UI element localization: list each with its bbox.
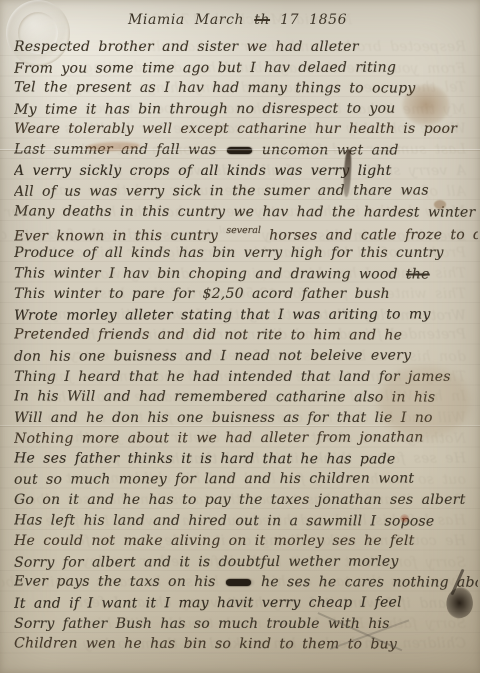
text-segment: Ever known in this cuntry	[14, 228, 226, 244]
text-segment: Weare tolerably well except catharine hu…	[14, 121, 457, 137]
ink-blot	[227, 146, 252, 153]
letter-line: My time it has bin through no disrespect…	[14, 98, 478, 120]
letter-line: This winter to pare for $2,50 acord fath…	[14, 284, 478, 305]
text-segment: A verry sickly crops of all kinds was ve…	[14, 163, 391, 179]
letter-line: Sorry for albert and it is doubtful weth…	[14, 551, 478, 573]
text-segment: Last summer and fall was	[14, 141, 225, 158]
text-segment: Many deaths in this cuntry we hav had th…	[14, 203, 475, 220]
text-segment: This winter to pare for $2,50 acord fath…	[14, 286, 390, 302]
text-segment: Thing I heard that he had intended that …	[14, 369, 451, 385]
text-segment: He could not make aliving on it morley s…	[14, 533, 415, 549]
letter-line: Pretended friends and did not rite to hi…	[14, 325, 478, 347]
ink-blot	[226, 579, 251, 586]
letter-line: out so much money for land and his child…	[14, 469, 478, 491]
text-segment: Has left his land and hired out in a saw…	[14, 512, 434, 529]
letter-line: don his one buisness and I nead not bele…	[14, 345, 478, 367]
letter-line: Will and he don his one buisness as for …	[14, 408, 478, 429]
letter-line: He ses father thinks it is hard that he …	[14, 448, 478, 470]
letter-line: Has left his land and hired out in a saw…	[14, 510, 478, 532]
text-segment: Respected brother and sister we had alle…	[14, 39, 359, 55]
text-segment: 17 1856	[270, 12, 347, 28]
letter-line: All of us was verry sick in the sumer an…	[14, 180, 478, 202]
text-segment: Children wen he has bin so kind to them …	[14, 636, 397, 653]
letter-body: Respected brother and sister we had alle…	[14, 37, 478, 655]
letter-line: Produce of all kinds has bin verry high …	[14, 243, 478, 264]
letter-line: Thing I heard that he had intended that …	[14, 367, 478, 388]
letter-line: Ever pays the taxs on his he ses he care…	[14, 572, 478, 594]
text-segment: Sorry for albert and it is doubtful weth…	[14, 553, 399, 570]
struck-text: th	[254, 12, 270, 28]
dateline: Miamia March th 17 1856	[128, 12, 347, 28]
text-segment: From you some time ago but I hav delaed …	[14, 59, 396, 76]
letter-page: Miamia March th 17 1856Respected brother…	[0, 0, 480, 673]
letter-line: Nothing more about it we had alleter fro…	[14, 428, 478, 450]
inserted-word: several	[226, 225, 261, 236]
text-segment: out so much money for land and his child…	[14, 471, 414, 488]
text-segment: Produce of all kinds has bin verry high …	[14, 245, 444, 261]
text-segment: Ever pays the taxs on his	[14, 574, 224, 591]
text-segment: Go on it and he has to pay the taxes jon…	[14, 492, 465, 508]
text-segment: don his one buisness and I nead not bele…	[14, 347, 411, 364]
text-segment: All of us was verry sick in the sumer an…	[14, 183, 429, 200]
letter-line: Go on it and he has to pay the taxes jon…	[14, 490, 478, 511]
letter-line: He could not make aliving on it morley s…	[14, 531, 478, 552]
text-segment: horses and catle froze to death	[261, 227, 478, 244]
text-segment: uncomon wet and	[253, 142, 398, 158]
text-segment: My time it has bin through no disrespect…	[14, 100, 395, 117]
text-segment: he ses he cares nothing about	[253, 574, 478, 591]
letter-line: This winter I hav bin choping and drawin…	[14, 263, 478, 285]
text-segment: This winter I hav bin choping and drawin…	[14, 265, 406, 282]
letter-line: Last summer and fall was uncomon wet and	[14, 139, 478, 161]
letter-line: Children wen he has bin so kind to them …	[14, 634, 478, 656]
letter-line: Ever known in this cuntry several horses…	[14, 222, 478, 244]
struck-text: the	[406, 266, 430, 282]
letter-line: Weare tolerably well except catharine hu…	[14, 119, 478, 140]
text-segment: He ses father thinks it is hard that he …	[14, 450, 395, 467]
letter-line: In his Will and had remembered catharine…	[14, 386, 478, 408]
letter-line: It and if I want it I may havit verry ch…	[14, 592, 478, 614]
letter-line: From you some time ago but I hav delaed …	[14, 57, 478, 79]
text-segment: Will and he don his one buisness as for …	[14, 410, 433, 426]
letter-line: Many deaths in this cuntry we hav had th…	[14, 201, 478, 223]
text-segment: Tel the present as I hav had many things…	[14, 80, 415, 97]
letter-line: Tel the present as I hav had many things…	[14, 78, 478, 100]
letter-line: A verry sickly crops of all kinds was ve…	[14, 161, 478, 182]
letter-line: Wrote morley alleter stating that I was …	[14, 304, 478, 326]
text-segment: Wrote morley alleter stating that I was …	[14, 306, 431, 323]
text-segment: Pretended friends and did not rite to hi…	[14, 327, 402, 344]
letter-line: Respected brother and sister we had alle…	[14, 37, 478, 58]
letter-line: Sorry father Bush has so much trouble wi…	[14, 614, 478, 635]
text-segment: In his Will and had remembered catharine…	[14, 388, 435, 405]
text-segment: It and if I want it I may havit verry ch…	[14, 595, 402, 612]
text-segment: Nothing more about it we had alleter fro…	[14, 430, 424, 447]
text-segment: Miamia March	[128, 12, 254, 28]
text-segment: Sorry father Bush has so much trouble wi…	[14, 616, 390, 632]
handwriting-layer: Miamia March th 17 1856Respected brother…	[0, 0, 480, 673]
